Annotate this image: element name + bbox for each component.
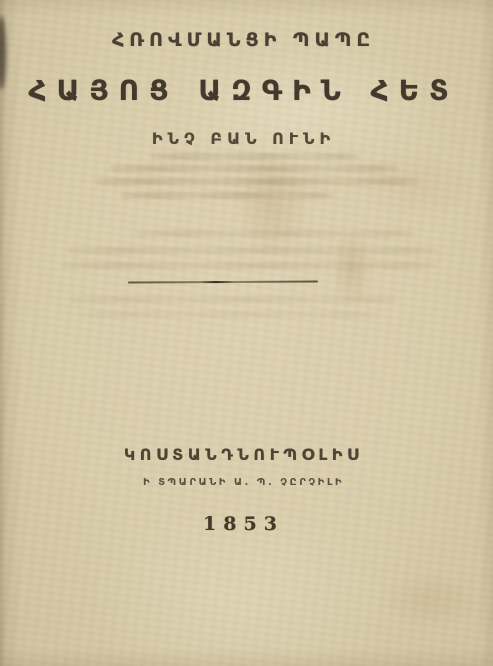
imprint-year: 1853 — [0, 513, 487, 535]
ghost-text-line — [95, 178, 420, 185]
ghost-text-line — [120, 192, 335, 199]
horizontal-rule — [128, 281, 318, 284]
ghost-text-line — [68, 247, 438, 254]
scanned-title-page: ՀՌՈՎՄԱՆՑԻ ՊԱՊԸ ՀԱՅՈՑ ԱԶԳԻՆ ՀԵՏ ԻՆՉ ԲԱՆ Ո… — [0, 0, 493, 666]
ghost-text-line — [150, 153, 360, 160]
title-line-3: ԻՆՉ ԲԱՆ ՈՒՆԻ — [0, 129, 487, 148]
imprint-city: ԿՈՍՏԱՆԴՆՈՒՊՕԼԻՍ — [0, 445, 487, 464]
ghost-text-line — [62, 262, 437, 269]
title-line-1: ՀՌՈՎՄԱՆՑԻ ՊԱՊԸ — [0, 29, 487, 51]
ghost-text-line — [110, 165, 400, 172]
ghost-text-line — [80, 311, 380, 318]
ghost-text-line — [70, 296, 400, 303]
title-line-2: ՀԱՅՈՑ ԱԶԳԻՆ ՀԵՏ — [0, 74, 487, 107]
imprint-printer: Ի ՏՊԱՐԱՆԻ Ա. Պ. ՉԸՐՉԻԼԻ — [0, 477, 487, 488]
ghost-text-line — [135, 230, 415, 237]
